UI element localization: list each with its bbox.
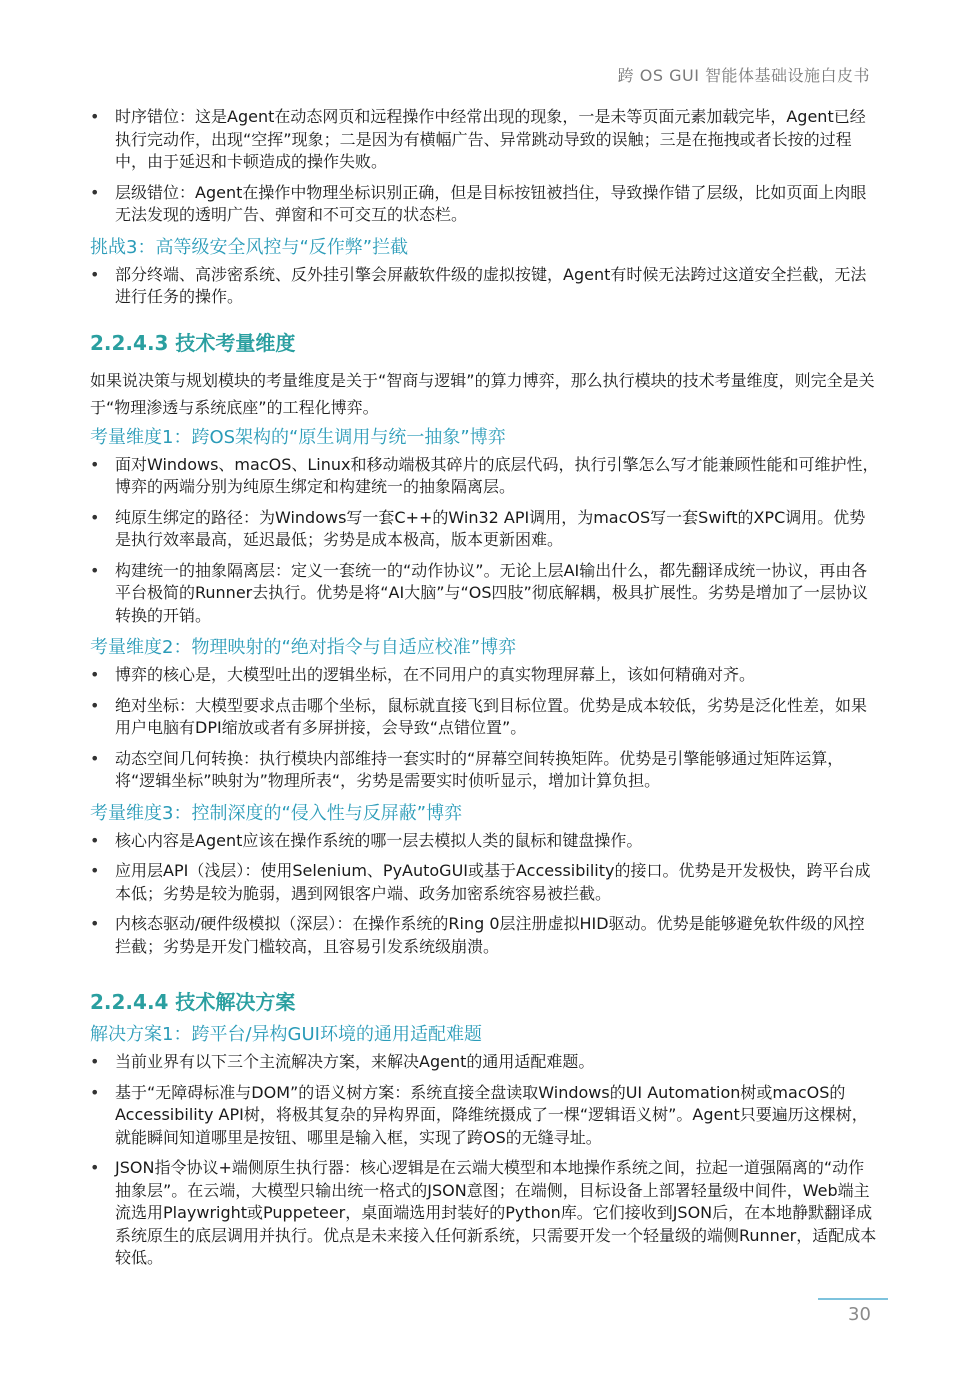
dimension-1-heading: 考量维度1：跨OS架构的“原生调用与统一抽象”博弈: [90, 425, 880, 451]
footer-divider: [818, 1298, 888, 1300]
list-item: 核心内容是Agent应该在操作系统的哪一层去模拟人类的鼠标和键盘操作。: [90, 830, 880, 853]
list-item: 当前业界有以下三个主流解决方案，来解决Agent的通用适配难题。: [90, 1051, 880, 1074]
list-item: 部分终端、高涉密系统、反外挂引擎会屏蔽软件级的虚拟按键，Agent有时候无法跨过…: [90, 264, 880, 309]
running-header: 跨 OS GUI 智能体基础设施白皮书: [618, 63, 870, 86]
bullet-list-dimension-1: 面对Windows、macOS、Linux和移动端极其碎片的底层代码，执行引擎怎…: [90, 454, 880, 628]
list-item: 面对Windows、macOS、Linux和移动端极其碎片的底层代码，执行引擎怎…: [90, 454, 880, 499]
bullet-list-misalignment: 时序错位：这是Agent在动态网页和远程操作中经常出现的现象，一是未等页面元素加…: [90, 106, 880, 227]
dimension-2-heading: 考量维度2：物理映射的“绝对指令与自适应校准”博弈: [90, 635, 880, 661]
page-number: 30: [848, 1304, 871, 1325]
list-item: 纯原生绑定的路径：为Windows写一套C++的Win32 API调用，为mac…: [90, 507, 880, 552]
list-item: JSON指令协议+端侧原生执行器：核心逻辑是在云端大模型和本地操作系统之间，拉起…: [90, 1157, 880, 1270]
list-item: 基于“无障碍标准与DOM”的语义树方案：系统直接全盘读取Windows的UI A…: [90, 1082, 880, 1150]
list-item: 时序错位：这是Agent在动态网页和远程操作中经常出现的现象，一是未等页面元素加…: [90, 106, 880, 174]
list-item: 博弈的核心是，大模型吐出的逻辑坐标，在不同用户的真实物理屏幕上，该如何精确对齐。: [90, 664, 880, 687]
list-item: 内核态驱动/硬件级模拟（深层）：在操作系统的Ring 0层注册虚拟HID驱动。优…: [90, 913, 880, 958]
list-item: 层级错位：Agent在操作中物理坐标识别正确，但是目标按钮被挡住，导致操作错了层…: [90, 182, 880, 227]
dimension-3-heading: 考量维度3：控制深度的“侵入性与反屏蔽”博弈: [90, 801, 880, 827]
list-item: 绝对坐标：大模型要求点击哪个坐标，鼠标就直接飞到目标位置。优势是成本较低，劣势是…: [90, 695, 880, 740]
section-heading-2243: 2.2.4.3 技术考量维度: [90, 329, 880, 357]
section-heading-2244: 2.2.4.4 技术解决方案: [90, 988, 880, 1016]
bullet-list-dimension-3: 核心内容是Agent应该在操作系统的哪一层去模拟人类的鼠标和键盘操作。 应用层A…: [90, 830, 880, 959]
section-intro: 如果说决策与规划模块的考量维度是关于“智商与逻辑”的算力博弈，那么执行模块的技术…: [90, 367, 880, 421]
solution-1-heading: 解决方案1：跨平台/异构GUI环境的通用适配难题: [90, 1022, 880, 1048]
page-content: 时序错位：这是Agent在动态网页和远程操作中经常出现的现象，一是未等页面元素加…: [90, 106, 880, 1278]
list-item: 应用层API（浅层）：使用Selenium、PyAutoGUI或基于Access…: [90, 860, 880, 905]
bullet-list-solution-1: 当前业界有以下三个主流解决方案，来解决Agent的通用适配难题。 基于“无障碍标…: [90, 1051, 880, 1270]
challenge-3-heading: 挑战3：高等级安全风控与“反作弊”拦截: [90, 235, 880, 261]
list-item: 动态空间几何转换：执行模块内部维持一套实时的“屏幕空间转换矩阵。优势是引擎能够通…: [90, 748, 880, 793]
bullet-list-challenge-3: 部分终端、高涉密系统、反外挂引擎会屏蔽软件级的虚拟按键，Agent有时候无法跨过…: [90, 264, 880, 309]
list-item: 构建统一的抽象隔离层：定义一套统一的“动作协议”。无论上层AI输出什么，都先翻译…: [90, 560, 880, 628]
bullet-list-dimension-2: 博弈的核心是，大模型吐出的逻辑坐标，在不同用户的真实物理屏幕上，该如何精确对齐。…: [90, 664, 880, 793]
